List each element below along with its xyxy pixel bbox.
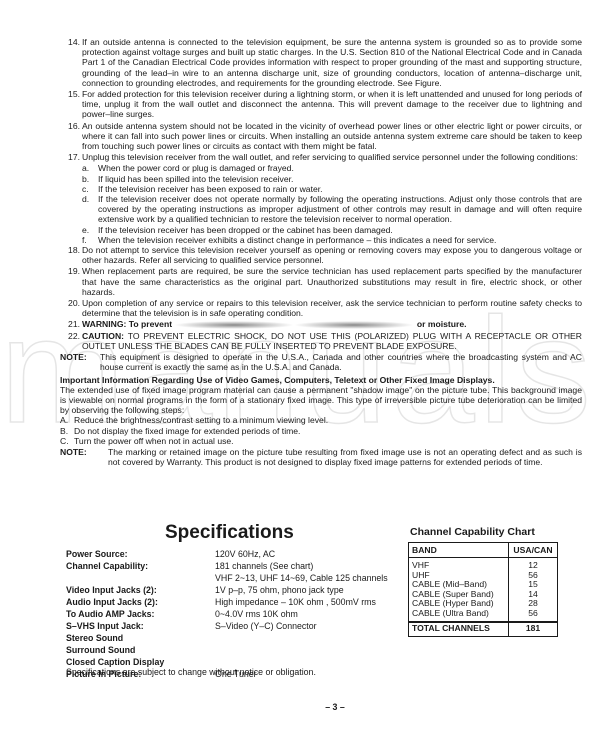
condition-letter: e. bbox=[82, 225, 89, 235]
important-info-body: The extended use of fixed image program … bbox=[60, 385, 582, 416]
item-text: For added protection for this television… bbox=[82, 89, 582, 119]
note-text: This equipment is designed to operate in… bbox=[100, 352, 582, 372]
warning-tail: or moisture. bbox=[417, 319, 467, 329]
total-row: TOTAL CHANNELS181 bbox=[409, 622, 558, 637]
condition-text: When the television receiver exhibits a … bbox=[98, 235, 496, 245]
item-text: If an outside antenna is connected to th… bbox=[82, 37, 582, 88]
spec-value: High impedance – 10K ohm , 500mV rms bbox=[215, 596, 396, 608]
safety-instructions: 14.If an outside antenna is connected to… bbox=[60, 37, 582, 467]
important-info-title: Important Information Regarding Use of V… bbox=[60, 375, 582, 385]
spec-key: Audio Input Jacks (2): bbox=[66, 596, 215, 608]
spec-value bbox=[215, 632, 396, 644]
spec-value: 1V p–p, 75 ohm, phono jack type bbox=[215, 584, 396, 596]
safety-item: 18.Do not attempt to service this televi… bbox=[60, 245, 582, 265]
spec-row: Power Source:120V 60Hz, AC bbox=[66, 548, 396, 560]
smudged-text bbox=[174, 321, 294, 329]
safety-item-22: 22. CAUTION: TO PREVENT ELECTRIC SHOCK, … bbox=[60, 331, 582, 351]
safety-item: 15.For added protection for this televis… bbox=[60, 89, 582, 120]
spec-value: 0~4.0V rms 10K ohm bbox=[215, 608, 396, 620]
step-letter: C. bbox=[60, 436, 69, 446]
condition-text: If the television receiver has been drop… bbox=[98, 225, 393, 235]
spec-key: S–VHS Input Jack: bbox=[66, 620, 215, 632]
spec-key: To Audio AMP Jacks: bbox=[66, 608, 215, 620]
safety-item: 14.If an outside antenna is connected to… bbox=[60, 37, 582, 88]
note-label: NOTE: bbox=[60, 447, 87, 457]
spec-value: VHF 2~13, UHF 14~69, Cable 125 channels bbox=[215, 572, 396, 584]
spec-value: 120V 60Hz, AC bbox=[215, 548, 396, 560]
channel-count-cell: 56 bbox=[509, 609, 558, 622]
spec-row: Channel Capability:181 channels (See cha… bbox=[66, 560, 396, 572]
condition-item: f.When the television receiver exhibits … bbox=[60, 235, 582, 245]
specifications-footer: Specifications are subject to change wit… bbox=[66, 667, 316, 677]
condition-text: If liquid has been spilled into the tele… bbox=[98, 174, 293, 184]
condition-letter: f. bbox=[82, 235, 87, 245]
item-number: 21. bbox=[60, 319, 80, 329]
spec-row: Surround Sound bbox=[66, 644, 396, 656]
step-text: Reduce the brightness/contrast setting t… bbox=[74, 415, 328, 425]
warning-label: WARNING: To prevent bbox=[82, 319, 172, 329]
table-row: CABLE (Ultra Band)56 bbox=[409, 609, 558, 622]
item-number: 20. bbox=[60, 298, 80, 308]
table-header-row: BAND USA/CAN bbox=[409, 543, 558, 558]
channel-capability-table: BAND USA/CAN VHF12UHF56CABLE (Mid–Band)1… bbox=[408, 542, 558, 637]
spec-key: Surround Sound bbox=[66, 644, 215, 656]
condition-item: c.If the television receiver has been ex… bbox=[60, 184, 582, 194]
item-number: 14. bbox=[60, 37, 80, 47]
column-header-band: BAND bbox=[409, 543, 509, 558]
note-text: The marking or retained image on the pic… bbox=[108, 447, 582, 467]
table-row: VHF12 bbox=[409, 558, 558, 571]
item-number: 16. bbox=[60, 121, 80, 131]
spec-value: 181 channels (See chart) bbox=[215, 560, 396, 572]
channel-count-cell: 12 bbox=[509, 558, 558, 571]
safety-item: 20.Upon completion of any service or rep… bbox=[60, 298, 582, 318]
item-text: When replacement parts are required, be … bbox=[82, 266, 582, 296]
item-number: 19. bbox=[60, 266, 80, 276]
condition-letter: d. bbox=[82, 194, 89, 204]
condition-item: a.When the power cord or plug is damaged… bbox=[60, 163, 582, 173]
fixed-image-step: C.Turn the power off when not in actual … bbox=[60, 436, 582, 446]
spec-row: Stereo Sound bbox=[66, 632, 396, 644]
condition-text: If the television receiver has been expo… bbox=[98, 184, 323, 194]
condition-letter: c. bbox=[82, 184, 89, 194]
channel-chart-title: Channel Capability Chart bbox=[410, 527, 535, 537]
condition-text: If the television receiver does not oper… bbox=[98, 194, 582, 224]
condition-item: b.If liquid has been spilled into the te… bbox=[60, 174, 582, 184]
fixed-image-step: A.Reduce the brightness/contrast setting… bbox=[60, 415, 582, 425]
item-text: Upon completion of any service or repair… bbox=[82, 298, 582, 318]
specifications-list: Power Source:120V 60Hz, ACChannel Capabi… bbox=[66, 548, 396, 680]
spec-key: Power Source: bbox=[66, 548, 215, 560]
note-label: NOTE: bbox=[60, 352, 87, 362]
fixed-image-step: B.Do not display the fixed image for ext… bbox=[60, 426, 582, 436]
item-text: An outside antenna system should not be … bbox=[82, 121, 582, 151]
item-number: 18. bbox=[60, 245, 80, 255]
spec-row: VHF 2~13, UHF 14~69, Cable 125 channels bbox=[66, 572, 396, 584]
column-header-usa-can: USA/CAN bbox=[509, 543, 558, 558]
step-text: Turn the power off when not in actual us… bbox=[74, 436, 234, 446]
total-label: TOTAL CHANNELS bbox=[409, 622, 509, 637]
spec-row: Audio Input Jacks (2):High impedance – 1… bbox=[66, 596, 396, 608]
smudged-text bbox=[294, 321, 414, 329]
safety-item: 19.When replacement parts are required, … bbox=[60, 266, 582, 297]
spec-row: To Audio AMP Jacks:0~4.0V rms 10K ohm bbox=[66, 608, 396, 620]
item-number: 17. bbox=[60, 152, 80, 162]
caution-text: TO PREVENT ELECTRIC SHOCK, DO NOT USE TH… bbox=[82, 331, 582, 351]
band-cell: VHF bbox=[409, 558, 509, 571]
step-letter: B. bbox=[60, 426, 68, 436]
page-number: – 3 – bbox=[0, 702, 600, 712]
condition-item: e.If the television receiver has been dr… bbox=[60, 225, 582, 235]
spec-key: Stereo Sound bbox=[66, 632, 215, 644]
condition-letter: a. bbox=[82, 163, 89, 173]
condition-letter: b. bbox=[82, 174, 89, 184]
spec-value bbox=[215, 644, 396, 656]
item-text: Unplug this television receiver from the… bbox=[82, 152, 578, 162]
condition-item: d.If the television receiver does not op… bbox=[60, 194, 582, 225]
spec-key: Channel Capability: bbox=[66, 560, 215, 572]
manual-page: manualsli 14.If an outside antenna is co… bbox=[0, 0, 600, 729]
safety-item-21: 21. WARNING: To prevent or moisture. bbox=[60, 319, 582, 329]
note-region: NOTE: This equipment is designed to oper… bbox=[60, 352, 582, 372]
spec-key: Video Input Jacks (2): bbox=[66, 584, 215, 596]
step-letter: A. bbox=[60, 415, 68, 425]
spec-key bbox=[66, 572, 215, 584]
condition-text: When the power cord or plug is damaged o… bbox=[98, 163, 294, 173]
spec-row: S–VHS Input Jack:S–Video (Y–C) Connector bbox=[66, 620, 396, 632]
item-text: Do not attempt to service this televisio… bbox=[82, 245, 582, 265]
note-warranty: NOTE: The marking or retained image on t… bbox=[60, 447, 582, 467]
spec-row: Video Input Jacks (2):1V p–p, 75 ohm, ph… bbox=[66, 584, 396, 596]
band-cell: CABLE (Ultra Band) bbox=[409, 609, 509, 622]
specifications-title: Specifications bbox=[165, 522, 294, 544]
total-value: 181 bbox=[509, 622, 558, 637]
item-number: 15. bbox=[60, 89, 80, 99]
item-number: 22. bbox=[60, 331, 80, 341]
spec-value: S–Video (Y–C) Connector bbox=[215, 620, 396, 632]
step-text: Do not display the fixed image for exten… bbox=[74, 426, 300, 436]
safety-item: 17.Unplug this television receiver from … bbox=[60, 152, 582, 162]
caution-label: CAUTION: bbox=[82, 331, 124, 341]
safety-item: 16.An outside antenna system should not … bbox=[60, 121, 582, 152]
